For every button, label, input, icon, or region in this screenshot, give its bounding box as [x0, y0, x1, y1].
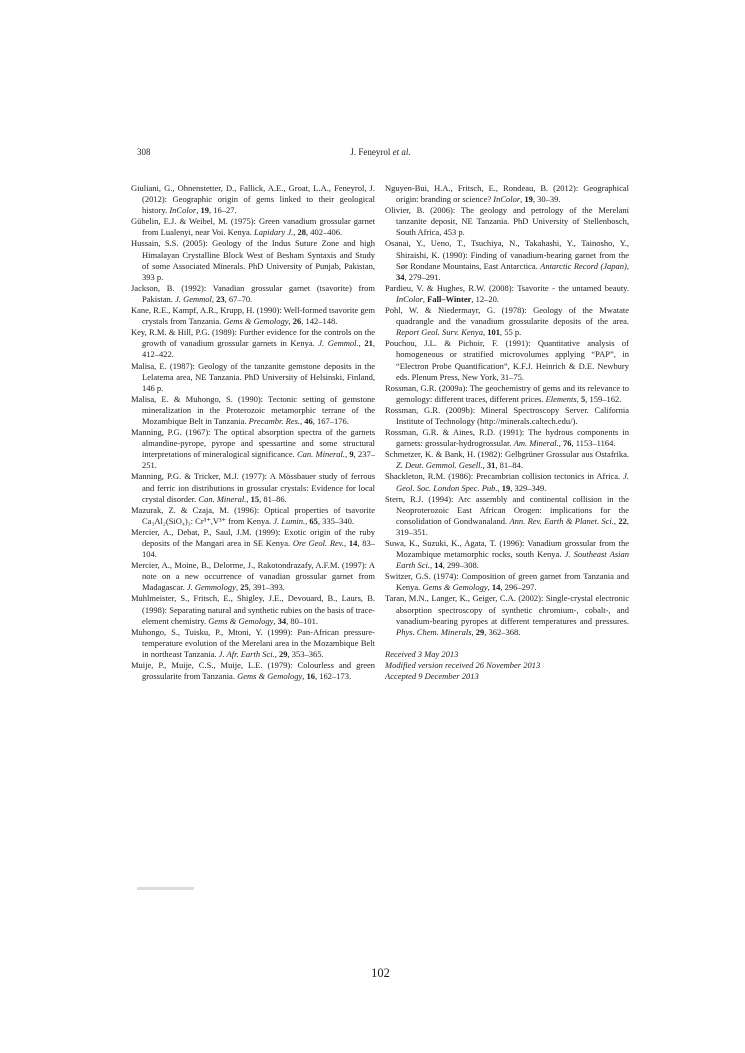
footer-page-number: 102	[131, 966, 630, 981]
references-column-left: Giuliani, G., Ohnenstetter, D., Fallick,…	[131, 183, 375, 682]
reference-item: Mazurak, Z. & Czaja, M. (1996): Optical …	[131, 505, 375, 527]
running-title-authors: J. Feneyrol	[350, 147, 392, 157]
reference-item: Pohl, W. & Niedermayr, G. (1978): Geolog…	[385, 305, 629, 338]
reference-item: Switzer, G.S. (1974): Composition of gre…	[385, 571, 629, 593]
references-section: Giuliani, G., Ohnenstetter, D., Fallick,…	[131, 183, 630, 682]
manuscript-date-line: Accepted 9 December 2013	[385, 671, 629, 682]
reference-item: Gübelin, E.J. & Weibel, M. (1975): Green…	[131, 216, 375, 238]
reference-item: Manning, P.G. & Tricker, M.J. (1977): A …	[131, 471, 375, 504]
reference-item: Olivier, B. (2006): The geology and petr…	[385, 205, 629, 238]
reference-item: Mercier, A., Debat, P., Saul, J.M. (1999…	[131, 527, 375, 560]
reference-item: Shackleton, R.M. (1986): Precambrian col…	[385, 471, 629, 493]
manuscript-date-line: Received 3 May 2013	[385, 649, 629, 660]
reference-item: Osanai, Y., Ueno, T., Tsuchiya, N., Taka…	[385, 238, 629, 282]
reference-item: Hussain, S.S. (2005): Geology of the Ind…	[131, 238, 375, 282]
reference-item: Nguyen-Bui, H.A., Fritsch, E., Rondeau, …	[385, 183, 629, 205]
running-title-etal: et al.	[393, 147, 411, 157]
reference-item: Taran, M.N., Langer, K., Geiger, C.A. (2…	[385, 593, 629, 637]
reference-item: Stern, R.J. (1994): Arc assembly and con…	[385, 494, 629, 538]
reference-item: Giuliani, G., Ohnenstetter, D., Fallick,…	[131, 183, 375, 216]
reference-item: Jackson, B. (1992): Vanadian grossular g…	[131, 283, 375, 305]
reference-item: Rossman, G.R. (2009b): Mineral Spectrosc…	[385, 405, 629, 427]
page-header: 308 J. Feneyrol et al.	[131, 147, 630, 158]
reference-item: Rossman, G.R. (2009a): The geochemistry …	[385, 383, 629, 405]
reference-item: Manning, P.G. (1967): The optical absorp…	[131, 427, 375, 471]
manuscript-dates: Received 3 May 2013Modified version rece…	[385, 649, 629, 682]
header-page-number: 308	[137, 147, 151, 158]
reference-item: Muhlmeister, S., Fritsch, E., Shigley, J…	[131, 593, 375, 626]
reference-item: Mercier, A., Moine, B., Delorme, J., Rak…	[131, 560, 375, 593]
reference-item: Key, R.M. & Hill, P.G. (1989): Further e…	[131, 327, 375, 360]
manuscript-date-line: Modified version received 26 November 20…	[385, 660, 629, 671]
faint-watermark	[137, 887, 194, 890]
reference-item: Pardieu, V. & Hughes, R.W. (2008): Tsavo…	[385, 283, 629, 305]
references-column-right: Nguyen-Bui, H.A., Fritsch, E., Rondeau, …	[385, 183, 629, 682]
reference-item: Kane, R.E., Kampf, A.R., Krupp, H. (1990…	[131, 305, 375, 327]
reference-item: Muhongo, S., Tuisku, P., Mtoni, Y. (1999…	[131, 627, 375, 660]
journal-page: 308 J. Feneyrol et al. Giuliani, G., Ohn…	[0, 0, 745, 1053]
reference-item: Muije, P., Muije, C.S., Muije, L.E. (197…	[131, 660, 375, 682]
reference-item: Rossman, G.R. & Aines, R.D. (1991): The …	[385, 427, 629, 449]
references-list-right: Nguyen-Bui, H.A., Fritsch, E., Rondeau, …	[385, 183, 629, 638]
reference-item: Suwa, K., Suzuki, K., Agata, T. (1996): …	[385, 538, 629, 571]
running-title: J. Feneyrol et al.	[131, 147, 630, 158]
reference-item: Schmetzer, K. & Bank, H. (1982): Gelbgrü…	[385, 449, 629, 471]
reference-item: Pouchou, J.L. & Pichoir, F. (1991): Quan…	[385, 338, 629, 382]
reference-item: Malisa, E. (1987): Geology of the tanzan…	[131, 361, 375, 394]
reference-item: Malisa, E. & Muhongo, S. (1990): Tectoni…	[131, 394, 375, 427]
